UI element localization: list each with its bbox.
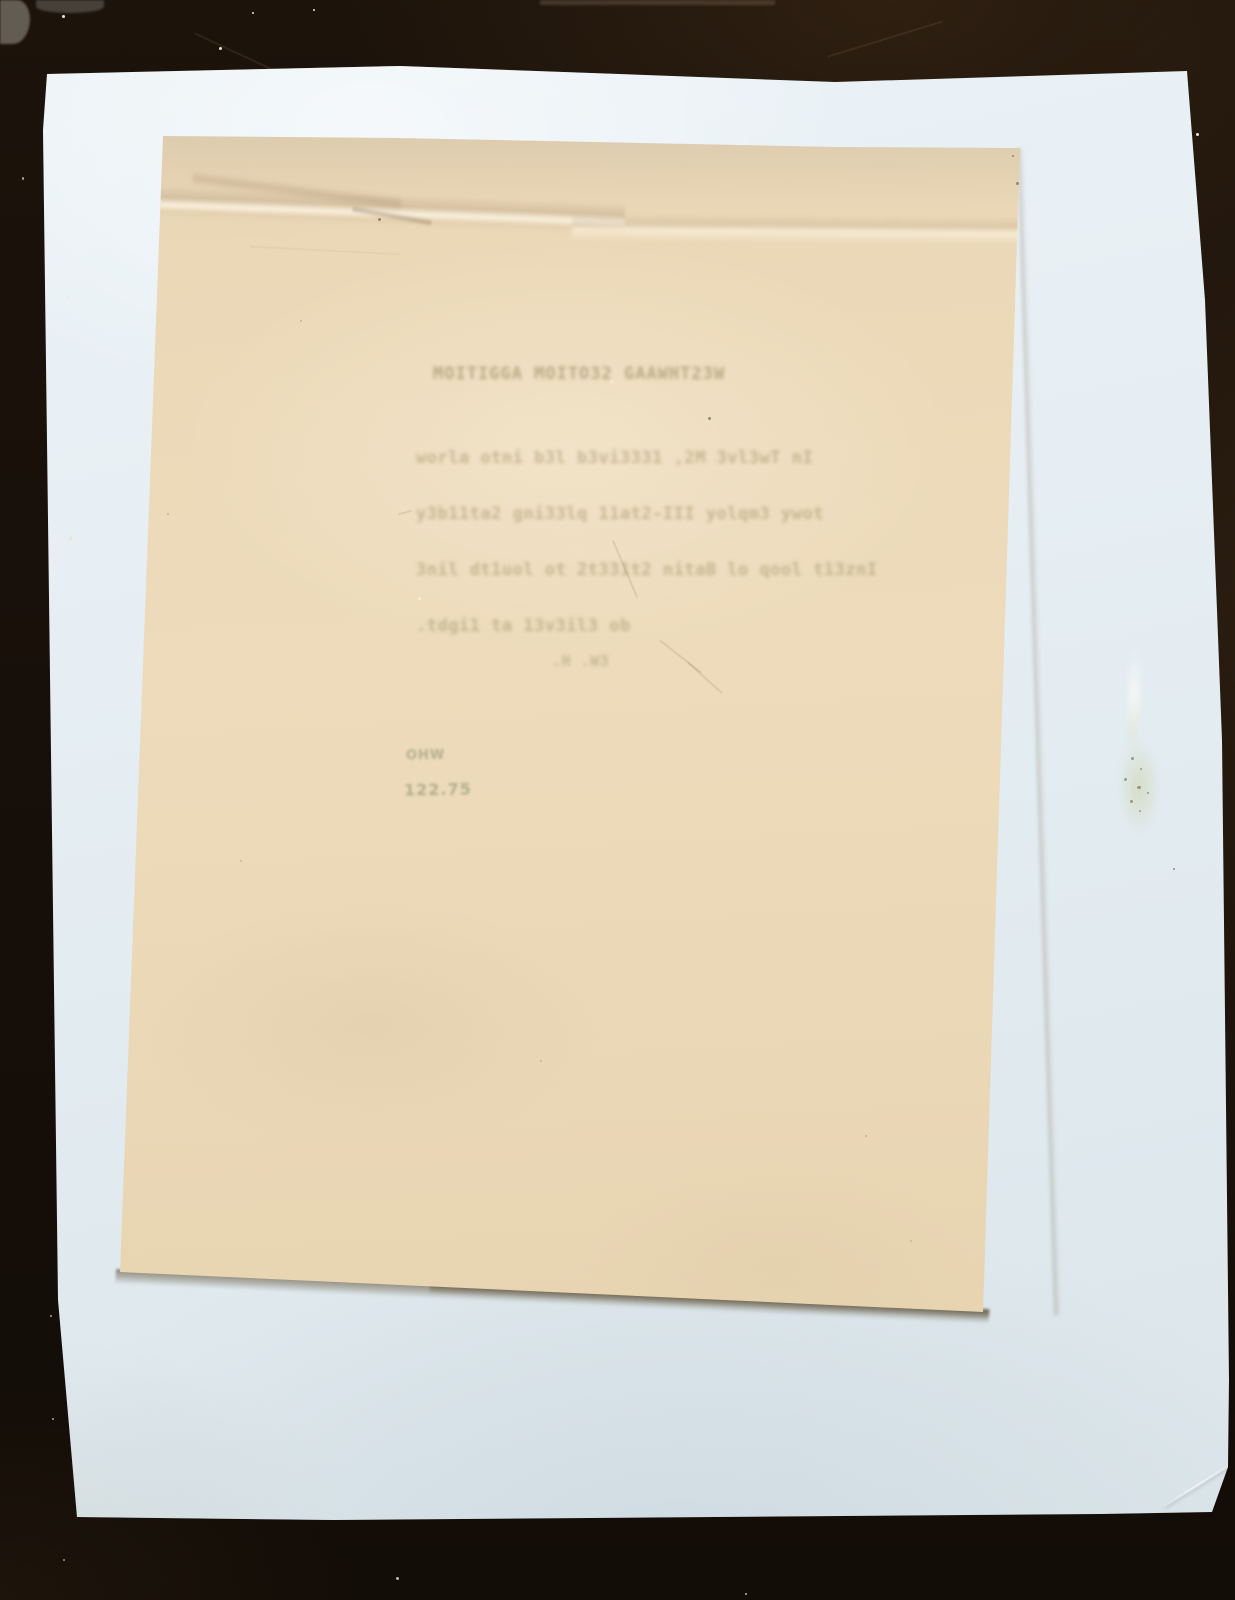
dust-speck [240, 860, 242, 862]
dust-speck [745, 1593, 747, 1595]
dust-speck [910, 1240, 912, 1242]
stain-speck [1137, 786, 1141, 789]
dust-speck [540, 1060, 542, 1062]
stain-speck [1131, 757, 1134, 760]
dust-speck [219, 47, 222, 50]
bleed-through-line-2: y3b11ta2 gni33lq 11at2-III yolqm3 ywot [416, 504, 824, 524]
paper-crease [572, 212, 1027, 244]
bleed-through-line-3: 3nil dt1uol ot 2t331t2 nitaB lo qool t13… [416, 560, 878, 580]
dust-speck [167, 513, 169, 515]
stain-streak [1126, 645, 1142, 755]
paper-fiber [398, 510, 412, 515]
dust-speck [1225, 1464, 1228, 1467]
dust-speck [1196, 133, 1199, 136]
stain-speck [1140, 768, 1142, 770]
scratch-mark [688, 662, 723, 694]
stain-speck [1130, 800, 1133, 803]
corner-fold-crease [1163, 1463, 1232, 1507]
bleed-through-heading: MOITIGGA MOITO32 GAAWHT23W [433, 364, 725, 384]
dust-speck [1012, 155, 1014, 157]
bleed-through-line-4: .tdgi1 ta 13v3il3 ob [416, 616, 631, 636]
dust-speck [300, 320, 302, 322]
dust-speck [66, 296, 68, 298]
scanner-edge-artifact [0, 0, 30, 44]
scratch-mark [828, 21, 943, 57]
dust-speck [50, 1315, 52, 1317]
scanner-edge-artifact [36, 0, 104, 13]
dust-speck [865, 1135, 867, 1137]
bleed-through-line-1: worla otni b3l b3vi3331 ,2M 3vl3wT nI [416, 448, 813, 468]
dust-speck [252, 12, 254, 14]
dust-speck [52, 1418, 54, 1420]
photo-scan: MOITIGGA MOITO32 GAAWHT23W worla otni b3… [0, 0, 1235, 1600]
dust-speck [313, 9, 315, 11]
dust-speck [378, 218, 381, 221]
dust-speck [1016, 182, 1019, 185]
pencil-mark-2: 122.75 [404, 779, 472, 799]
bleed-through-signature: .H .W3 [552, 652, 609, 670]
dust-speck [22, 177, 24, 180]
dust-speck [708, 417, 711, 420]
stain-speck [1124, 778, 1127, 781]
dust-speck [63, 1559, 65, 1561]
paper-fleck [610, 380, 613, 383]
stain-speck [1147, 792, 1149, 794]
stain-speck [1139, 810, 1141, 812]
scanner-edge-artifact [540, 0, 775, 5]
pencil-mark-1: OHW [406, 748, 446, 764]
dust-speck [62, 15, 65, 18]
dust-speck [396, 1577, 399, 1580]
dust-speck [1173, 868, 1175, 870]
paper-fleck [418, 597, 421, 600]
paper-fiber [250, 246, 400, 255]
